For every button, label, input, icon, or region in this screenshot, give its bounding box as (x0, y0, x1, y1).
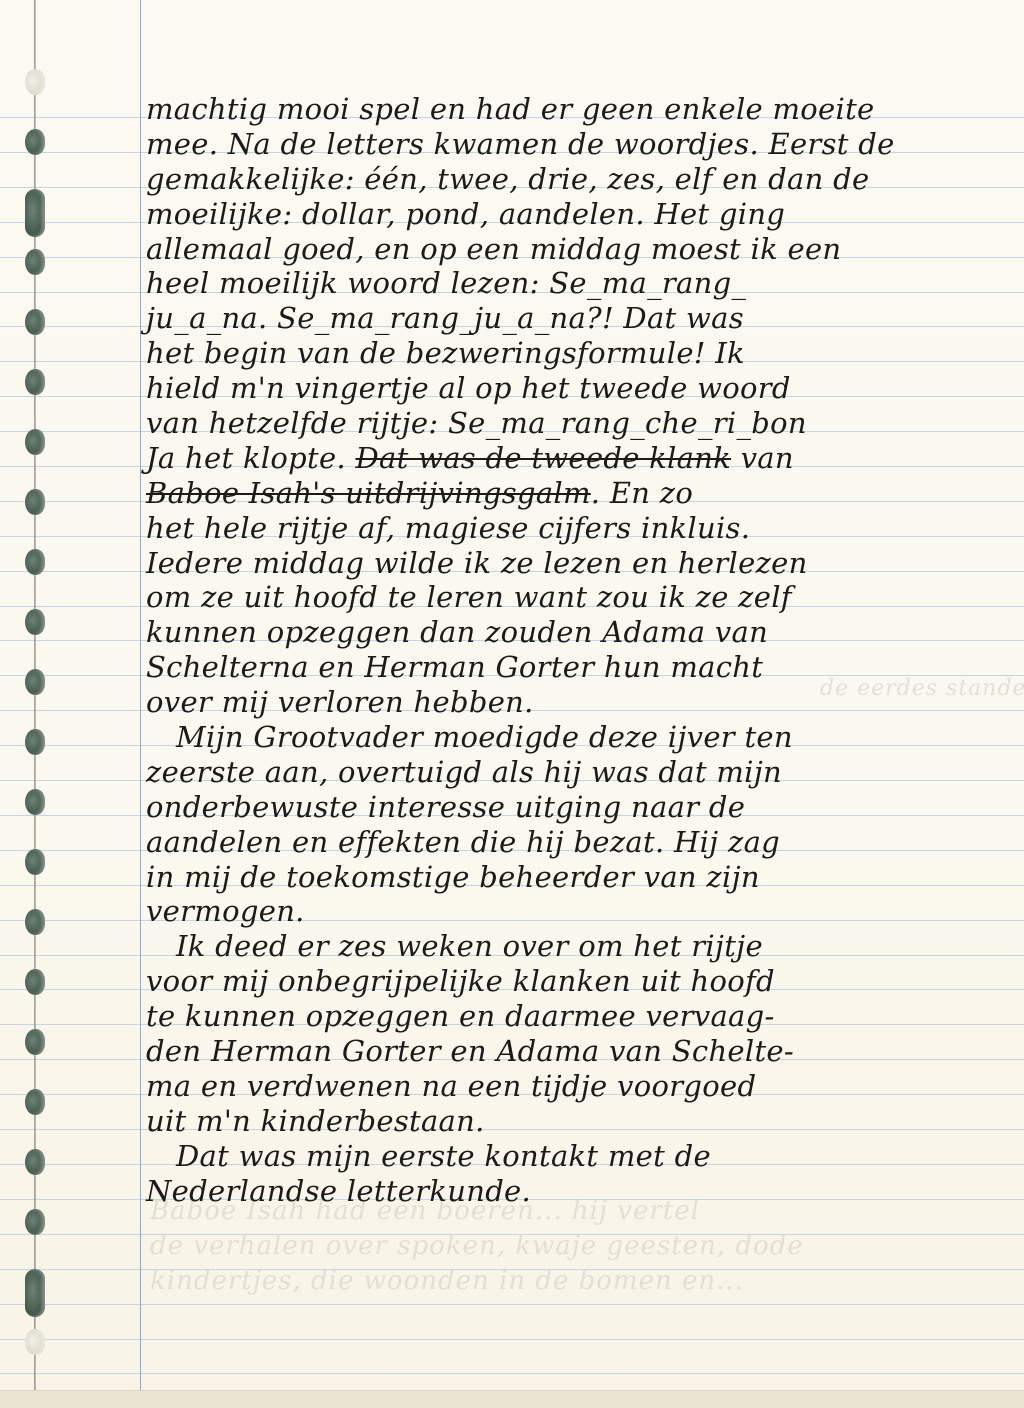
text-line: Iedere middag wilde ik ze lezen en herle… (146, 546, 1024, 581)
struck-through-text: Dat was de tweede klank (355, 441, 731, 475)
text-line: heel moeilijk woord lezen: Se_ma_rang_ (146, 266, 1024, 301)
binder-hole (25, 429, 45, 455)
text-line: ju_a_na. Se_ma_rang_ju_a_na?! Dat was (146, 301, 1024, 336)
binder-hole (25, 369, 45, 395)
text-line: Mijn Grootvader moedigde deze ijver ten (146, 720, 1024, 755)
text-line: Schelterna en Herman Gorter hun macht (146, 650, 1024, 685)
binder-hole (25, 969, 45, 995)
text-line: in mij de toekomstige beheerder van zijn (146, 860, 1024, 895)
struck-through-text: Baboe Isah's uitdrijvingsgalm (146, 476, 591, 510)
text-line: van hetzelfde rijtje: Se_ma_rang_che_ri_… (146, 406, 1024, 441)
text-line: kunnen opzeggen dan zouden Adama van (146, 615, 1024, 650)
show-through-line: de verhalen over spoken, kwaje geesten, … (150, 1231, 804, 1261)
binder-hole (25, 249, 45, 275)
binder-hole (25, 189, 45, 237)
text-line: Ja het klopte. Dat was de tweede klank v… (146, 441, 1024, 476)
text-line: gemakkelijke: één, twee, drie, zes, elf … (146, 162, 1024, 197)
text-line: moeilijke: dollar, pond, aandelen. Het g… (146, 197, 1024, 232)
binder-hole (25, 1029, 45, 1055)
margin-line (140, 0, 141, 1390)
binder-hole (25, 309, 45, 335)
text-line: den Herman Gorter en Adama van Schelte- (146, 1034, 1024, 1069)
binder-hole (25, 849, 45, 875)
text-line: ma en verdwenen na een tijdje voorgoed (146, 1069, 1024, 1104)
text-line: Dat was mijn eerste kontakt met de (146, 1139, 1024, 1174)
notebook-page: de eerdes standen Baboe Isah had een boe… (0, 0, 1024, 1408)
binder-hole (25, 1209, 45, 1235)
binder-hole (25, 609, 45, 635)
text-line: machtig mooi spel en had er geen enkele … (146, 92, 1024, 127)
text-line: uit m'n kinderbestaan. (146, 1104, 1024, 1139)
binder-hole (25, 729, 45, 755)
show-through-line: kindertjes, die woonden in de bomen en..… (150, 1266, 744, 1296)
binder-hole (25, 489, 45, 515)
text-line: vermogen. (146, 894, 1024, 929)
binder-hole (25, 1149, 45, 1175)
text-line: Nederlandse letterkunde. (146, 1174, 1024, 1209)
binder-hole (25, 129, 45, 155)
text-line: allemaal goed, en op een middag moest ik… (146, 232, 1024, 267)
binder-hole (25, 909, 45, 935)
text-line: te kunnen opzeggen en daarmee vervaag- (146, 999, 1024, 1034)
binder-hole (25, 1269, 45, 1317)
binder-hole (25, 1089, 45, 1115)
text-line: voor mij onbegrijpelijke klanken uit hoo… (146, 964, 1024, 999)
text-segment: . En zo (591, 476, 693, 510)
rule-line (0, 1373, 1024, 1374)
text-line: het begin van de bezweringsformule! Ik (146, 336, 1024, 371)
text-segment: Ja het klopte. (146, 441, 355, 475)
text-line: hield m'n vingertje al op het tweede woo… (146, 371, 1024, 406)
binder-hole (25, 549, 45, 575)
binder-hole (25, 789, 45, 815)
text-segment: van (731, 441, 794, 475)
binder-hole (25, 669, 45, 695)
handwritten-text: machtig mooi spel en had er geen enkele … (146, 92, 1024, 1209)
scan-edge (0, 1390, 1024, 1408)
text-line: het hele rijtje af, magiese cijfers inkl… (146, 511, 1024, 546)
rule-line (0, 1339, 1024, 1340)
rule-line (0, 1304, 1024, 1305)
text-line: zeerste aan, overtuigd als hij was dat m… (146, 755, 1024, 790)
text-line: onderbewuste interesse uitging naar de (146, 790, 1024, 825)
text-line: aandelen en effekten die hij bezat. Hij … (146, 825, 1024, 860)
binder-hole (25, 69, 45, 95)
text-line: mee. Na de letters kwamen de woordjes. E… (146, 127, 1024, 162)
binder-hole (25, 1329, 45, 1355)
text-line: Ik deed er zes weken over om het rijtje (146, 929, 1024, 964)
text-line: om ze uit hoofd te leren want zou ik ze … (146, 580, 1024, 615)
text-line: Baboe Isah's uitdrijvingsgalm. En zo (146, 476, 1024, 511)
text-line: over mij verloren hebben. (146, 685, 1024, 720)
